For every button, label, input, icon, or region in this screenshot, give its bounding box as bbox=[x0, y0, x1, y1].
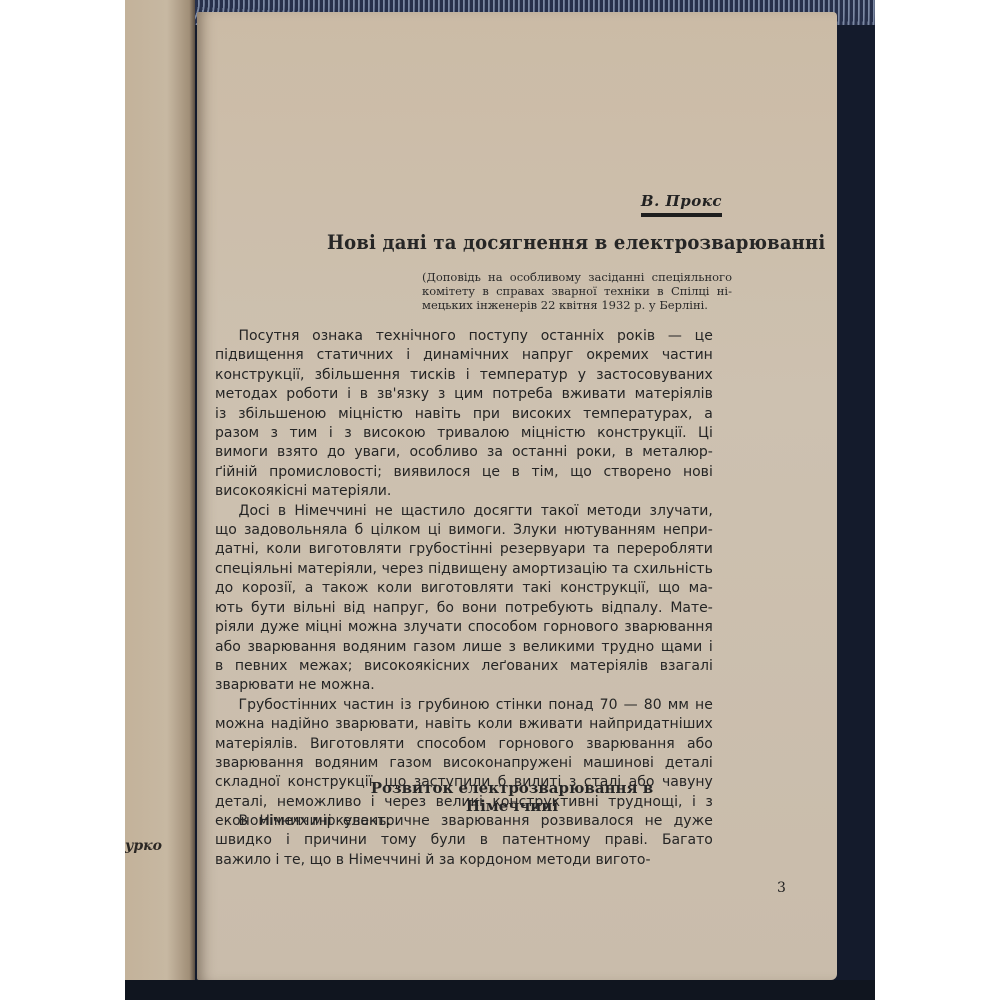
right-page: В. Прокс Нові дані та досягнення в елект… bbox=[197, 12, 837, 980]
text-line: ріяли дуже міцні можна злучати способом … bbox=[215, 618, 713, 637]
text-line: швидко і причини тому були в патентному … bbox=[215, 831, 713, 850]
page-number: 3 bbox=[777, 880, 786, 896]
text-line: методах роботи і в зв'язку з цим потреба… bbox=[215, 385, 713, 404]
text-line: спеціяльні матеріяли, через підвищену ам… bbox=[215, 560, 713, 579]
text-line: конструкції, збільшення тисків і темпера… bbox=[215, 366, 713, 385]
text-line: Посутня ознака технічного поступу останн… bbox=[215, 327, 713, 346]
author-name: В. Прокс bbox=[641, 192, 722, 217]
subtitle-line: (Доповідь на особливому засіданні спеція… bbox=[422, 270, 732, 284]
left-page-text-fragment: урко bbox=[125, 838, 162, 854]
text-line: датні, коли виготовляти грубостінні резе… bbox=[215, 540, 713, 559]
book-photo: урко В. Прокс Нові дані та досягнення в … bbox=[125, 0, 875, 1000]
text-line: в певних межах; високоякісних леґованих … bbox=[215, 657, 713, 676]
background-surface bbox=[125, 980, 875, 1000]
article-title: Нові дані та досягнення в електрозварюва… bbox=[327, 230, 759, 254]
text-line: що задовольняла б цілком ці вимоги. Злук… bbox=[215, 521, 713, 540]
text-line: матеріялів. Виготовляти способом горново… bbox=[215, 735, 713, 754]
body-text: Посутня ознака технічного поступу останн… bbox=[215, 327, 713, 832]
text-line: до корозії, а також коли виготовляти так… bbox=[215, 579, 713, 598]
text-line: високоякісні матеріяли. bbox=[215, 482, 713, 501]
text-line: Грубостінних частин із грубиною стінки п… bbox=[215, 696, 713, 715]
text-line: зварювання водяним газом високонапружені… bbox=[215, 754, 713, 773]
section-body-text: В Німеччині електричне зварювання розвив… bbox=[215, 812, 713, 870]
article-subtitle: (Доповідь на особливому засіданні спеція… bbox=[422, 270, 732, 312]
text-line: ють бути вільні від напруг, бо вони потр… bbox=[215, 599, 713, 618]
text-line: або зварювання водяним газом лише з вели… bbox=[215, 638, 713, 657]
text-line: вимоги взято до уваги, особливо за остан… bbox=[215, 443, 713, 462]
text-line: ґійній промисловості; виявилося це в тім… bbox=[215, 463, 713, 482]
left-page: урко bbox=[125, 0, 195, 1000]
text-line: важило і те, що в Німеччині й за кордоно… bbox=[215, 851, 713, 870]
text-line: можна надійно зварювати, навіть коли вжи… bbox=[215, 715, 713, 734]
section-heading: Розвиток електрозварювання в Німеччині bbox=[332, 779, 692, 815]
text-line: підвищення статичних і динамічних напруг… bbox=[215, 346, 713, 365]
text-line: Досі в Німеччині не щастило досягти тако… bbox=[215, 502, 713, 521]
text-line: із збільшеною міцністю навіть при високи… bbox=[215, 405, 713, 424]
subtitle-line: мецьких інженерів 22 квітня 1932 р. у Бе… bbox=[422, 298, 732, 312]
text-line: разом з тим і з високою тривалою міцніст… bbox=[215, 424, 713, 443]
text-line: зварювати не можна. bbox=[215, 676, 713, 695]
subtitle-line: комітету в справах зварної техніки в Спі… bbox=[422, 284, 732, 298]
text-line: В Німеччині електричне зварювання розвив… bbox=[215, 812, 713, 831]
